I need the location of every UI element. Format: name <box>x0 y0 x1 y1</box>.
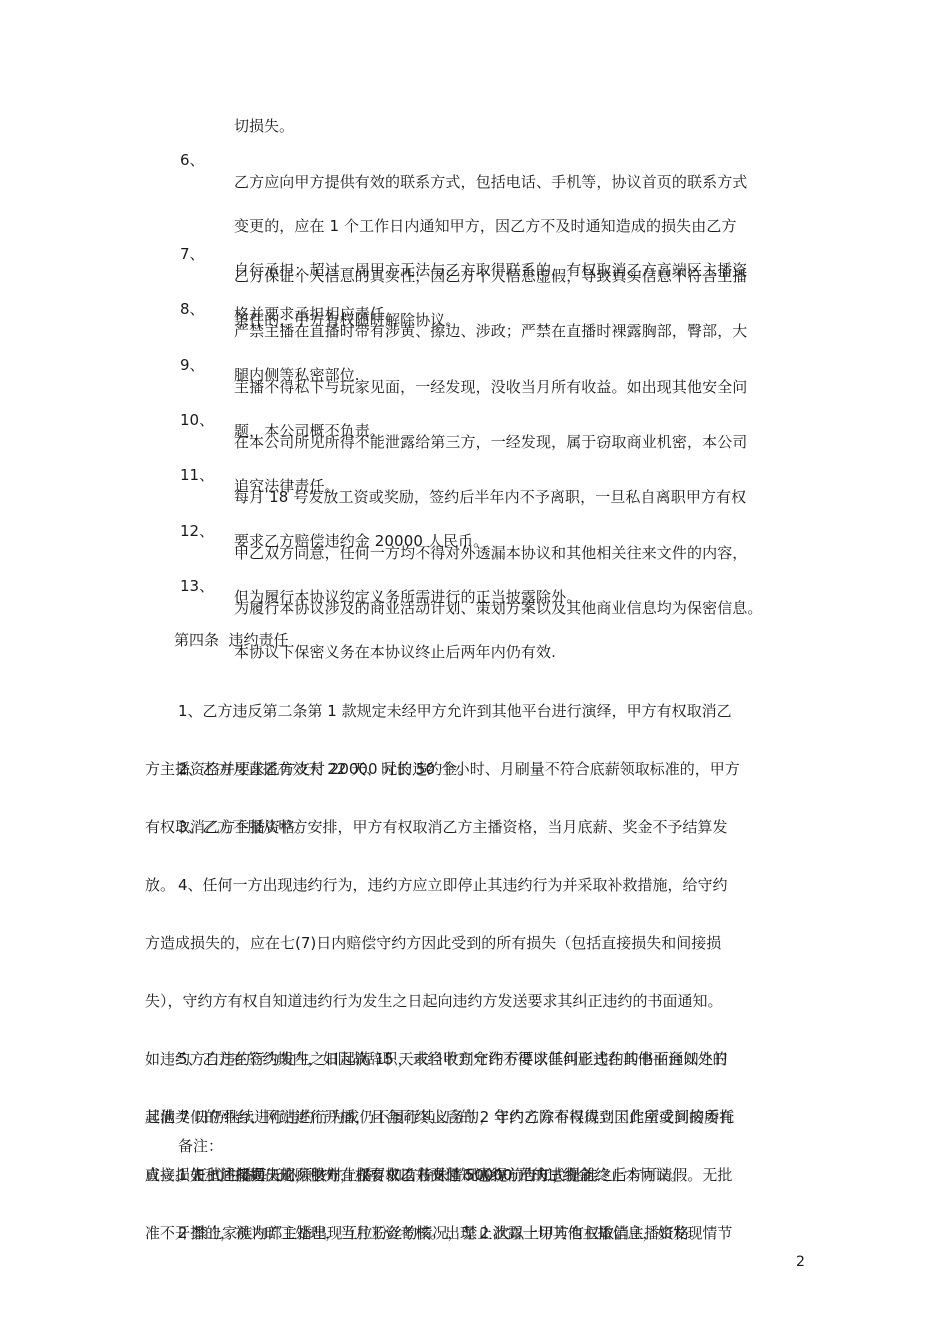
document-page: 切损失。 6、 乙方应向甲方提供有效的联系方式，包括电话、手机等，协议首页的联系… <box>0 0 950 1344</box>
text-line: 1 正式主播每天必须按时上播。如有特殊情况需提前告知，批准之后方可请假。无批 <box>145 1161 805 1190</box>
page-number: 2 <box>796 1252 805 1272</box>
text-line: 变更的，应在 1 个工作日内通知甲方，因乙方不及时通知造成的损失由乙方 <box>234 215 809 237</box>
text-line: 主播不得私下与玩家见面，一经发现，没收当月所有收益。如出现其他安全问 <box>234 376 809 398</box>
list-number: 13、 <box>180 575 214 597</box>
list-number: 6、 <box>180 149 205 171</box>
list-number: 10、 <box>180 409 214 431</box>
note-2: 2 禁止家族内部主播出现互拉粉丝的情况，禁止泄露一切其他主播信息，如发现情节 <box>145 1190 805 1277</box>
list-number: 12、 <box>180 520 214 542</box>
text-line: 3、乙方不服从甲方安排，甲方有权取消乙方主播资格，当月底薪、奖金不予结算发 <box>145 813 805 842</box>
continuation-text: 切损失。 <box>234 115 294 137</box>
text-line: 严禁主播在直播时带有涉黄、擦边、涉政；严禁在直播时裸露胸部，臀部，大 <box>234 320 809 342</box>
text-line: 1、乙方违反第二条第 1 款规定未经甲方允许到其他平台进行演绎，甲方有权取消乙 <box>145 697 805 726</box>
text-line: 乙方保证个人信息的真实性，因乙方个人信息虚假，导致真实信息不符合主播 <box>234 265 809 287</box>
text-line: 2 禁止家族内部主播出现互拉粉丝的情况，禁止泄露一切其他主播信息，如发现情节 <box>145 1219 805 1248</box>
list-number: 11、 <box>180 464 214 486</box>
text-line: 2、乙方月直播有效天 22 天、时长 50 个小时、月刷量不符合底薪领取标准的，… <box>145 755 805 784</box>
text-line: 方造成损失的，应在七(7)日内赔偿守约方因此受到的所有损失（包括直接损失和间接损 <box>145 929 805 958</box>
text-line: 乙方应向甲方提供有效的联系方式，包括电话、手机等，协议首页的联系方式 <box>234 171 809 193</box>
section-heading: 第四条 违约责任 <box>174 629 289 651</box>
text-line: 甲乙双方同意，任何一方均不得对外透漏本协议和其他相关往来文件的内容， <box>234 542 809 564</box>
text-line: 失），守约方有权自知道违约行为发生之日起向违约方发送要求其纠正违约的书面通知。 <box>145 987 805 1016</box>
text-line: 为履行本协议涉及的商业活动计划、策划方案以及其他商业信息均为保密信息。 <box>234 597 834 619</box>
text-line: 在本公司所见所得不能泄露给第三方，一经发现，属于窃取商业机密，本公司 <box>234 431 809 453</box>
text-line: 5、乙方在签约期内，如因故辞职，未经甲方允许不得以任何形式在其他平台以外的 <box>145 1045 805 1074</box>
text-line: 每月 18 号发放工资或奖励，签约后半年内不予离职，一旦私自离职甲方有权 <box>234 486 809 508</box>
list-number: 7、 <box>180 243 205 265</box>
text-line: 4、任何一方出现违约行为，违约方应立即停止其违约行为并采取补救措施，给守约 <box>145 871 805 900</box>
list-number: 8、 <box>180 298 205 320</box>
text-line: 本协议下保密义务在本协议终止后两年内仍有效. <box>234 641 834 663</box>
list-number: 9、 <box>180 354 205 376</box>
